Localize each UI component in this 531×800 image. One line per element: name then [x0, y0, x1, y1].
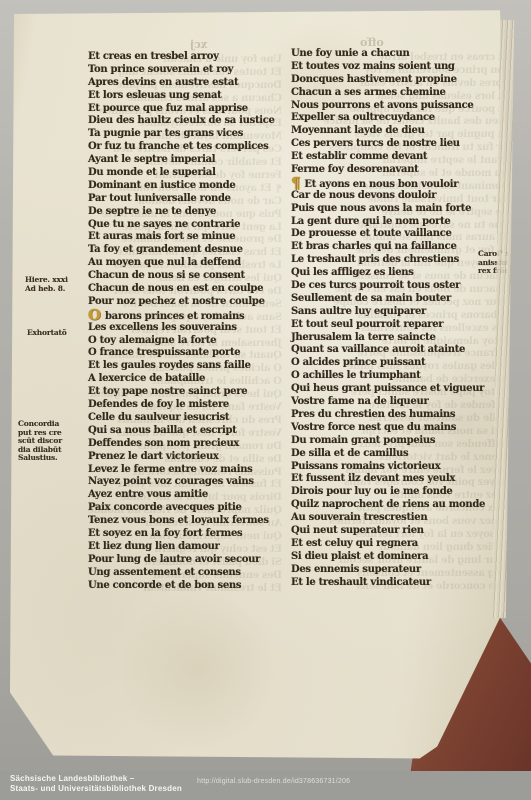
text-line: Qui les affligez es liens [291, 267, 501, 280]
text-line: Et soyez en la foy fort fermes [88, 528, 284, 541]
text-line: Ayant le septre imperial [88, 154, 284, 167]
text-line: Et establir comme devant [291, 151, 501, 164]
text-line: Seullement de sa main bouter [291, 293, 501, 306]
attribution-bar: Sächsische Landesbibliothek – Staats- un… [0, 771, 531, 800]
text-line: Dominant en iustice monde [88, 180, 284, 193]
text-line: Ayez entre vous amitie [88, 489, 284, 502]
text-line: Paix concorde avecques pitie [88, 502, 284, 515]
text-line: Ung assentement et consens [88, 567, 284, 580]
text-line: Quant sa vaillance auroit atainte [291, 344, 501, 357]
text-line: Salustius. [18, 454, 62, 463]
text-line: Une concorde et de bon sens [88, 580, 284, 593]
text-line: Dirois pour luy ou ie me fonde [291, 486, 501, 499]
illuminated-initial: ¶ [291, 177, 301, 189]
text-line: O barons princes et romains [88, 309, 284, 322]
text-line: Si dieu plaist et dominera [291, 551, 501, 564]
text-line: Du monde et le superial [88, 167, 284, 180]
text-line: Au moyen que nul la deffend [88, 257, 284, 270]
left-text-column: Et creas en tresbel arroyTon prince souv… [88, 51, 284, 592]
text-line: Une foy unie a chacun [291, 48, 501, 61]
text-line: Ferme foy desorenavant [291, 164, 501, 177]
text-line: ¶ Et ayons en nous bon vouloir [291, 177, 501, 190]
text-line: O alcides prince puissant [291, 357, 501, 370]
showthrough-folio-number: xcj [190, 38, 207, 51]
persistent-url: http://digital.slub-dresden.de/id3786367… [197, 778, 350, 785]
text-line: Prenez le dart victorieux [88, 451, 284, 464]
text-line: Ces pervers turcs de nostre lieu [291, 138, 501, 151]
text-line: Sans aultre luy equiparer [291, 306, 501, 319]
illuminated-initial: O [88, 309, 102, 321]
manuscript-page: Une foy unie a chacunEt toutes voz mains… [8, 8, 510, 760]
digitized-manuscript-scan: Une foy unie a chacunEt toutes voz mains… [0, 0, 531, 800]
text-line: Puis que nous avons la main forte [291, 203, 501, 216]
text-line: Et lors esleuas ung senat [88, 90, 284, 103]
text-line: Chacun a ses armes chemine [291, 87, 501, 100]
text-line: Or fuz tu franche et tes complices [88, 141, 284, 154]
text-line: A lexercice de bataille [88, 373, 284, 386]
text-line: Ta pugnie par tes grans vices [88, 128, 284, 141]
text-line: Et est celuy qui regnera [291, 538, 501, 551]
text-line: Par tout luniversalle ronde [88, 193, 284, 206]
institution-line2: Staats- und Universitätsbibliothek Dresd… [10, 784, 182, 794]
margin-note-scripture-reference: Hiere. xxxiAd heb. 8. [25, 276, 68, 293]
text-line: Et toutes voz mains soient ung [291, 61, 501, 74]
institution-line1: Sächsische Landesbibliothek – [10, 774, 182, 784]
text-line: Moyennant layde de dieu [291, 125, 501, 138]
text-line: Pour lung de lautre avoir secour [88, 554, 284, 567]
text-line: Celle du saulveur iesucrist [88, 412, 284, 425]
text-line: Pour noz pechez et nostre coulpe [88, 296, 284, 309]
text-line: Les excellens les souverains [88, 322, 284, 335]
text-line: Que tu ne sayes ne contrarie [88, 219, 284, 232]
text-line: Exhortatõ [27, 329, 67, 338]
text-line: Des ennemis superateur [291, 564, 501, 577]
text-line: Ta foy et grandement desnue [88, 244, 284, 257]
margin-note-sallust-quote: Concordiaput res crescūt discordia dilab… [18, 420, 62, 463]
text-line: Et pource que fuz mal apprise [88, 103, 284, 116]
text-line: Et fussent ilz devant mes yeulx [291, 473, 501, 486]
text-line: Chacun de nous en est en coulpe [88, 283, 284, 296]
text-line: O toy alemaigne la forte [88, 335, 284, 348]
text-line: Car de nous devons douloir [291, 190, 501, 203]
text-line: Nous pourrons et avons puissance [291, 100, 501, 113]
text-line: Et creas en tresbel arroy [88, 51, 284, 64]
text-line: Qui heus grant puissance et vigueur [291, 383, 501, 396]
text-line: Du romain grant pompeius [291, 435, 501, 448]
text-line: Le treshault pris des chrestiens [291, 254, 501, 267]
text-line: Nayez point voz courages vains [88, 476, 284, 489]
text-line: Ad heb. 8. [25, 285, 68, 294]
text-line: Et bras charles qui na faillance [291, 241, 501, 254]
text-line: Defendes de foy le mistere [88, 399, 284, 412]
text-line: Dieu des haultz cieulx de sa iustice [88, 115, 284, 128]
text-line: Puissans romains victorieux [291, 461, 501, 474]
text-line: Deffendes son nom precieux [88, 438, 284, 451]
text-line: Chacun de nous si se consent [88, 270, 284, 283]
text-line: Pres du chrestien des humains [291, 409, 501, 422]
text-line: Quilz naprochent de riens au monde [291, 499, 501, 512]
text-line: Vostre force nest que du mains [291, 422, 501, 435]
text-line: Et liez dung lien damour [88, 541, 284, 554]
text-line: Apres devins en austre estat [88, 77, 284, 90]
institution-name: Sächsische Landesbibliothek – Staats- un… [10, 774, 182, 793]
text-line: Tenez vous bons et loyaulx fermes [88, 515, 284, 528]
text-line: Et le treshault vindicateur [291, 577, 501, 590]
right-text-column: Une foy unie a chacunEt toutes voz mains… [291, 48, 501, 589]
text-line: Qui neut superateur rien [291, 525, 501, 538]
text-line: De prouesse et toute vaillance [291, 228, 501, 241]
text-line: O france trespuissante porte [88, 347, 284, 360]
text-line: De septre ie ne te denye [88, 206, 284, 219]
margin-note-exhortatio: Exhortatõ [27, 329, 67, 338]
text-line: Au souverain trescrestien [291, 512, 501, 525]
text-line: Vostre fame na de liqueur [291, 396, 501, 409]
text-line: O achilles le triumphant [291, 370, 501, 383]
text-line: Levez le ferme entre voz mains [88, 464, 284, 477]
text-line: Et les gaules roydes sans faille [88, 360, 284, 373]
text-line: Et tout seul pourroit reparer [291, 319, 501, 332]
text-line: Et toy pape nostre sainct pere [88, 386, 284, 399]
text-line: Doncques hastivement propine [291, 74, 501, 87]
text-line: Jherusalem la terre saincte [291, 332, 501, 345]
text-line: Ton prince souverain et roy [88, 64, 284, 77]
text-line: De silla et de camillus [291, 448, 501, 461]
text-line: La gent dure qui le nom porte [291, 216, 501, 229]
text-line: Qui sa nous bailla et escript [88, 425, 284, 438]
text-line: De ces turcs pourroit tous oster [291, 280, 501, 293]
text-line: Expeller sa oultrecuydance [291, 112, 501, 125]
text-line: Et auras mais fort se minue [88, 231, 284, 244]
